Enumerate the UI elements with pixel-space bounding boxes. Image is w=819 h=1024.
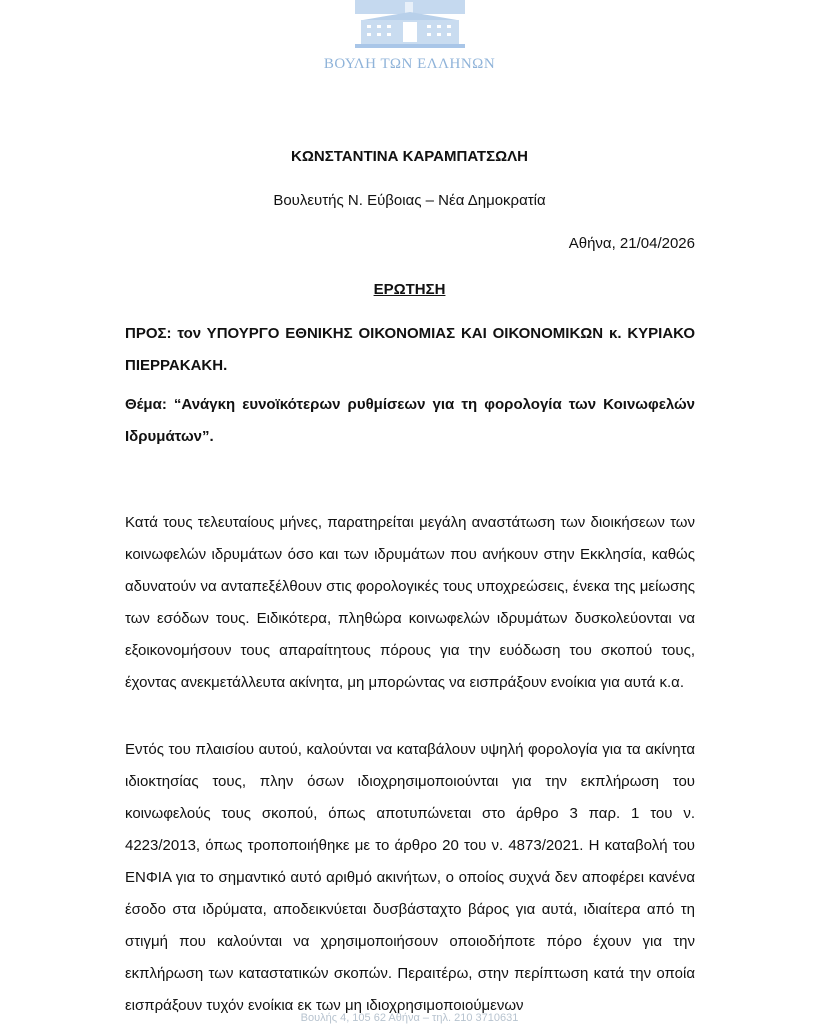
author-role: Βουλευτής Ν. Εύβοιας – Νέα Δημοκρατία: [0, 192, 819, 209]
subject-line: Θέμα: “Ανάγκη ευνοϊκότερων ρυθμίσεων για…: [125, 389, 695, 453]
document-heading: ΕΡΩΤΗΣΗ: [0, 281, 819, 298]
body-paragraph: Κατά τους τελευταίους μήνες, παρατηρείτα…: [125, 507, 695, 699]
parliament-building-icon: [355, 0, 465, 52]
body-paragraph: Εντός του πλαισίου αυτού, καλούνται να κ…: [125, 734, 695, 1022]
recipient-line: ΠΡΟΣ: τον ΥΠΟΥΡΓΟ ΕΘΝΙΚΗΣ ΟΙΚΟΝΟΜΙΑΣ ΚΑΙ…: [125, 318, 695, 382]
document-date: Αθήνα, 21/04/2026: [569, 235, 695, 252]
author-name: ΚΩΝΣΤΑΝΤΙΝΑ ΚΑΡΑΜΠΑΤΣΩΛΗ: [0, 148, 819, 165]
institution-name: ΒΟΥΛΗ ΤΩΝ ΕΛΛΗΝΩΝ: [0, 56, 819, 73]
footer-contact: Βουλής 4, 105 62 Αθήνα – τηλ. 210 371063…: [0, 1012, 819, 1024]
